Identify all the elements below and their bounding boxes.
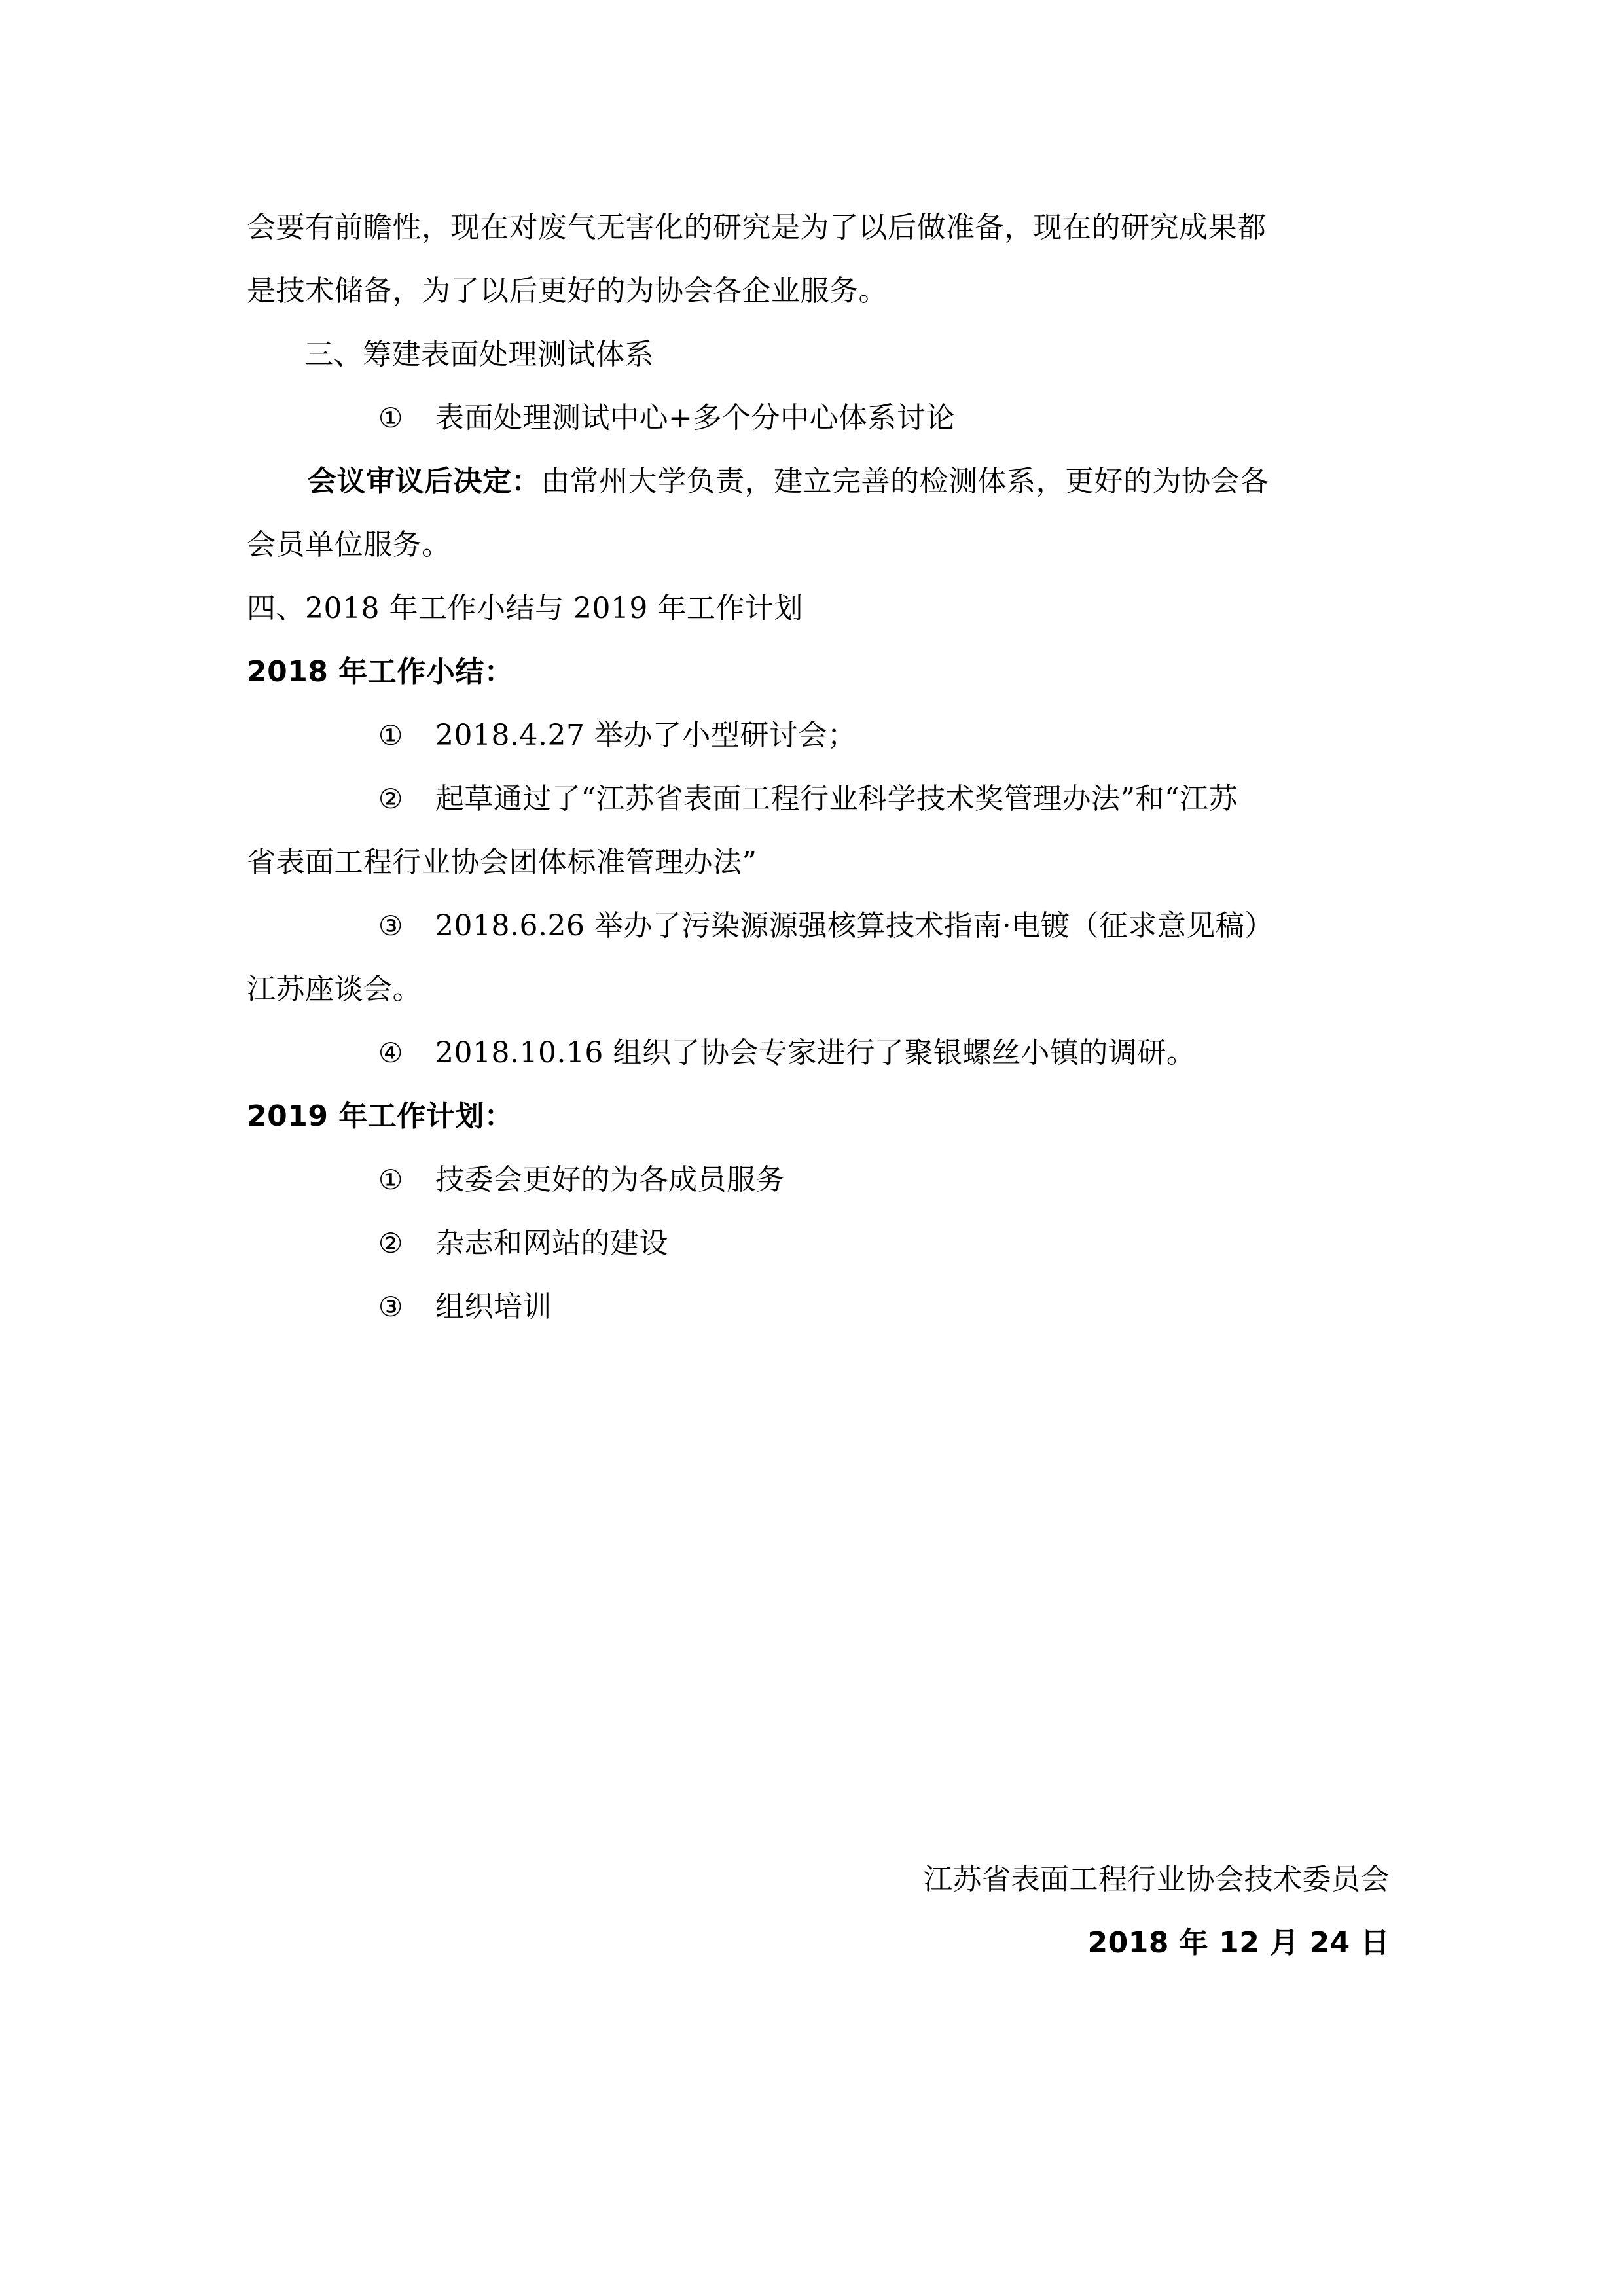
section-4-heading: 四、2018 年工作小结与 2019 年工作计划 (247, 589, 1389, 628)
decision-line: 会议审议后决定：由常州大学负责，建立完善的检测体系，更好的为协会各 (308, 462, 1450, 501)
list-item: ③2018.6.26 举办了污染源源强核算技术指南·电镀（征求意见稿） (376, 906, 1519, 946)
list-item: ③组织培训 (376, 1287, 1519, 1327)
decision-label: 会议审议后决定： (308, 465, 541, 498)
list-item: ④2018.10.16 组织了协会专家进行了聚银螺丝小镇的调研。 (376, 1033, 1519, 1073)
list-item: ①2018.4.27 举办了小型研讨会； (376, 716, 1519, 755)
list-item-text: 2018.10.16 组织了协会专家进行了聚银螺丝小镇的调研。 (435, 1036, 1195, 1069)
list-item: ②起草通过了“江苏省表面工程行业科学技术奖管理办法”和“江苏 (376, 780, 1519, 819)
decision-text-cont: 会员单位服务。 (247, 526, 1389, 565)
circled-number-marker: ① (376, 716, 405, 755)
decision-text: 由常州大学负责，建立完善的检测体系，更好的为协会各 (541, 465, 1269, 498)
list-item-text: 2018.4.27 举办了小型研讨会； (435, 719, 856, 752)
summary-title: 2018 年工作小结： (247, 653, 1389, 692)
list-item-text: 组织培训 (435, 1290, 552, 1323)
circled-number-marker: ② (376, 780, 405, 819)
circled-number-marker: ③ (376, 906, 405, 946)
circled-number-marker: ③ (376, 1287, 405, 1327)
list-item-text: 杂志和网站的建设 (435, 1227, 668, 1260)
signature-organization: 江苏省表面工程行业协会技术委员会 (924, 1860, 1390, 1899)
list-item-cont: 江苏座谈会。 (247, 970, 1389, 1009)
circled-number-marker: ① (376, 1160, 405, 1200)
list-item-text: 2018.6.26 举办了污染源源强核算技术指南·电镀（征求意见稿） (435, 909, 1274, 942)
list-item: ②杂志和网站的建设 (376, 1224, 1519, 1263)
plan-title: 2019 年工作计划： (247, 1097, 1389, 1136)
document-page: 会要有前瞻性，现在对废气无害化的研究是为了以后做准备，现在的研究成果都 是技术储… (0, 0, 1624, 2296)
list-item-text: 技委会更好的为各成员服务 (435, 1163, 785, 1196)
paragraph-line: 是技术储备，为了以后更好的为协会各企业服务。 (247, 272, 1389, 311)
circled-number-marker: ② (376, 1224, 405, 1263)
list-item-text: 表面处理测试中心+多个分中心体系讨论 (435, 401, 955, 435)
list-item: ①表面处理测试中心+多个分中心体系讨论 (376, 399, 1519, 438)
list-item: ①技委会更好的为各成员服务 (376, 1160, 1519, 1200)
paragraph-line: 会要有前瞻性，现在对废气无害化的研究是为了以后做准备，现在的研究成果都 (247, 208, 1389, 247)
circled-number-marker: ① (376, 399, 405, 438)
list-item-cont: 省表面工程行业协会团体标准管理办法” (247, 843, 1389, 882)
signature-date: 2018 年 12 月 24 日 (1087, 1924, 1390, 1963)
section-3-heading: 三、筹建表面处理测试体系 (304, 335, 1447, 374)
list-item-text: 起草通过了“江苏省表面工程行业科学技术奖管理办法”和“江苏 (435, 782, 1238, 816)
circled-number-marker: ④ (376, 1033, 405, 1073)
